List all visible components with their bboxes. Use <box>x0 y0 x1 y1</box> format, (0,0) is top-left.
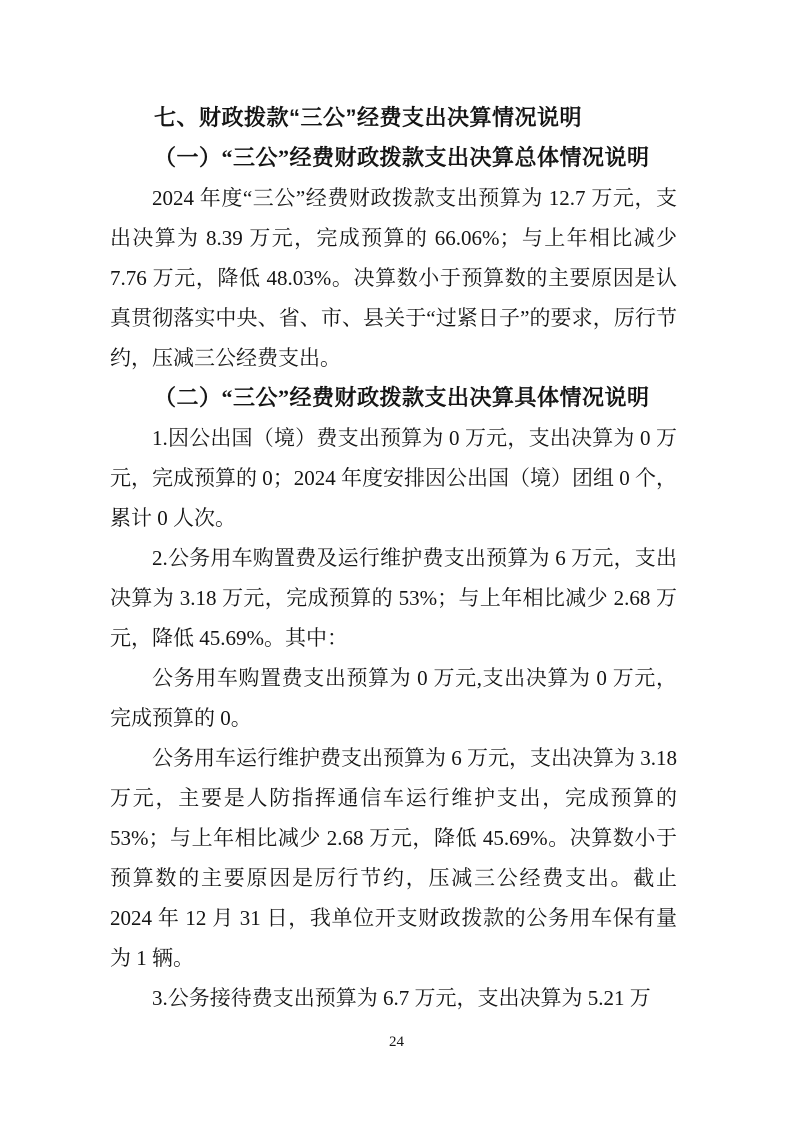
section-2-heading: （二）“三公”经费财政拨款支出决算具体情况说明 <box>110 378 677 418</box>
page-number: 24 <box>0 1032 793 1052</box>
document-content: 七、财政拨款“三公”经费支出决算情况说明 （一）“三公”经费财政拨款支出决算总体… <box>110 98 677 1018</box>
section-2-paragraph-5: 3.公务接待费支出预算为 6.7 万元，支出决算为 5.21 万 <box>110 978 677 1018</box>
section-2-paragraph-1: 1.因公出国（境）费支出预算为 0 万元，支出决算为 0 万元，完成预算的 0；… <box>110 418 677 538</box>
section-1-heading: （一）“三公”经费财政拨款支出决算总体情况说明 <box>110 138 677 178</box>
main-heading: 七、财政拨款“三公”经费支出决算情况说明 <box>110 98 677 138</box>
section-2-paragraph-2: 2.公务用车购置费及运行维护费支出预算为 6 万元，支出决算为 3.18 万元，… <box>110 538 677 658</box>
section-1-paragraph: 2024 年度“三公”经费财政拨款支出预算为 12.7 万元，支出决算为 8.3… <box>110 178 677 378</box>
document-page: 七、财政拨款“三公”经费支出决算情况说明 （一）“三公”经费财政拨款支出决算总体… <box>0 0 793 1122</box>
section-2-paragraph-3: 公务用车购置费支出预算为 0 万元,支出决算为 0 万元，完成预算的 0。 <box>110 658 677 738</box>
section-2-paragraph-4: 公务用车运行维护费支出预算为 6 万元，支出决算为 3.18 万元，主要是人防指… <box>110 738 677 978</box>
